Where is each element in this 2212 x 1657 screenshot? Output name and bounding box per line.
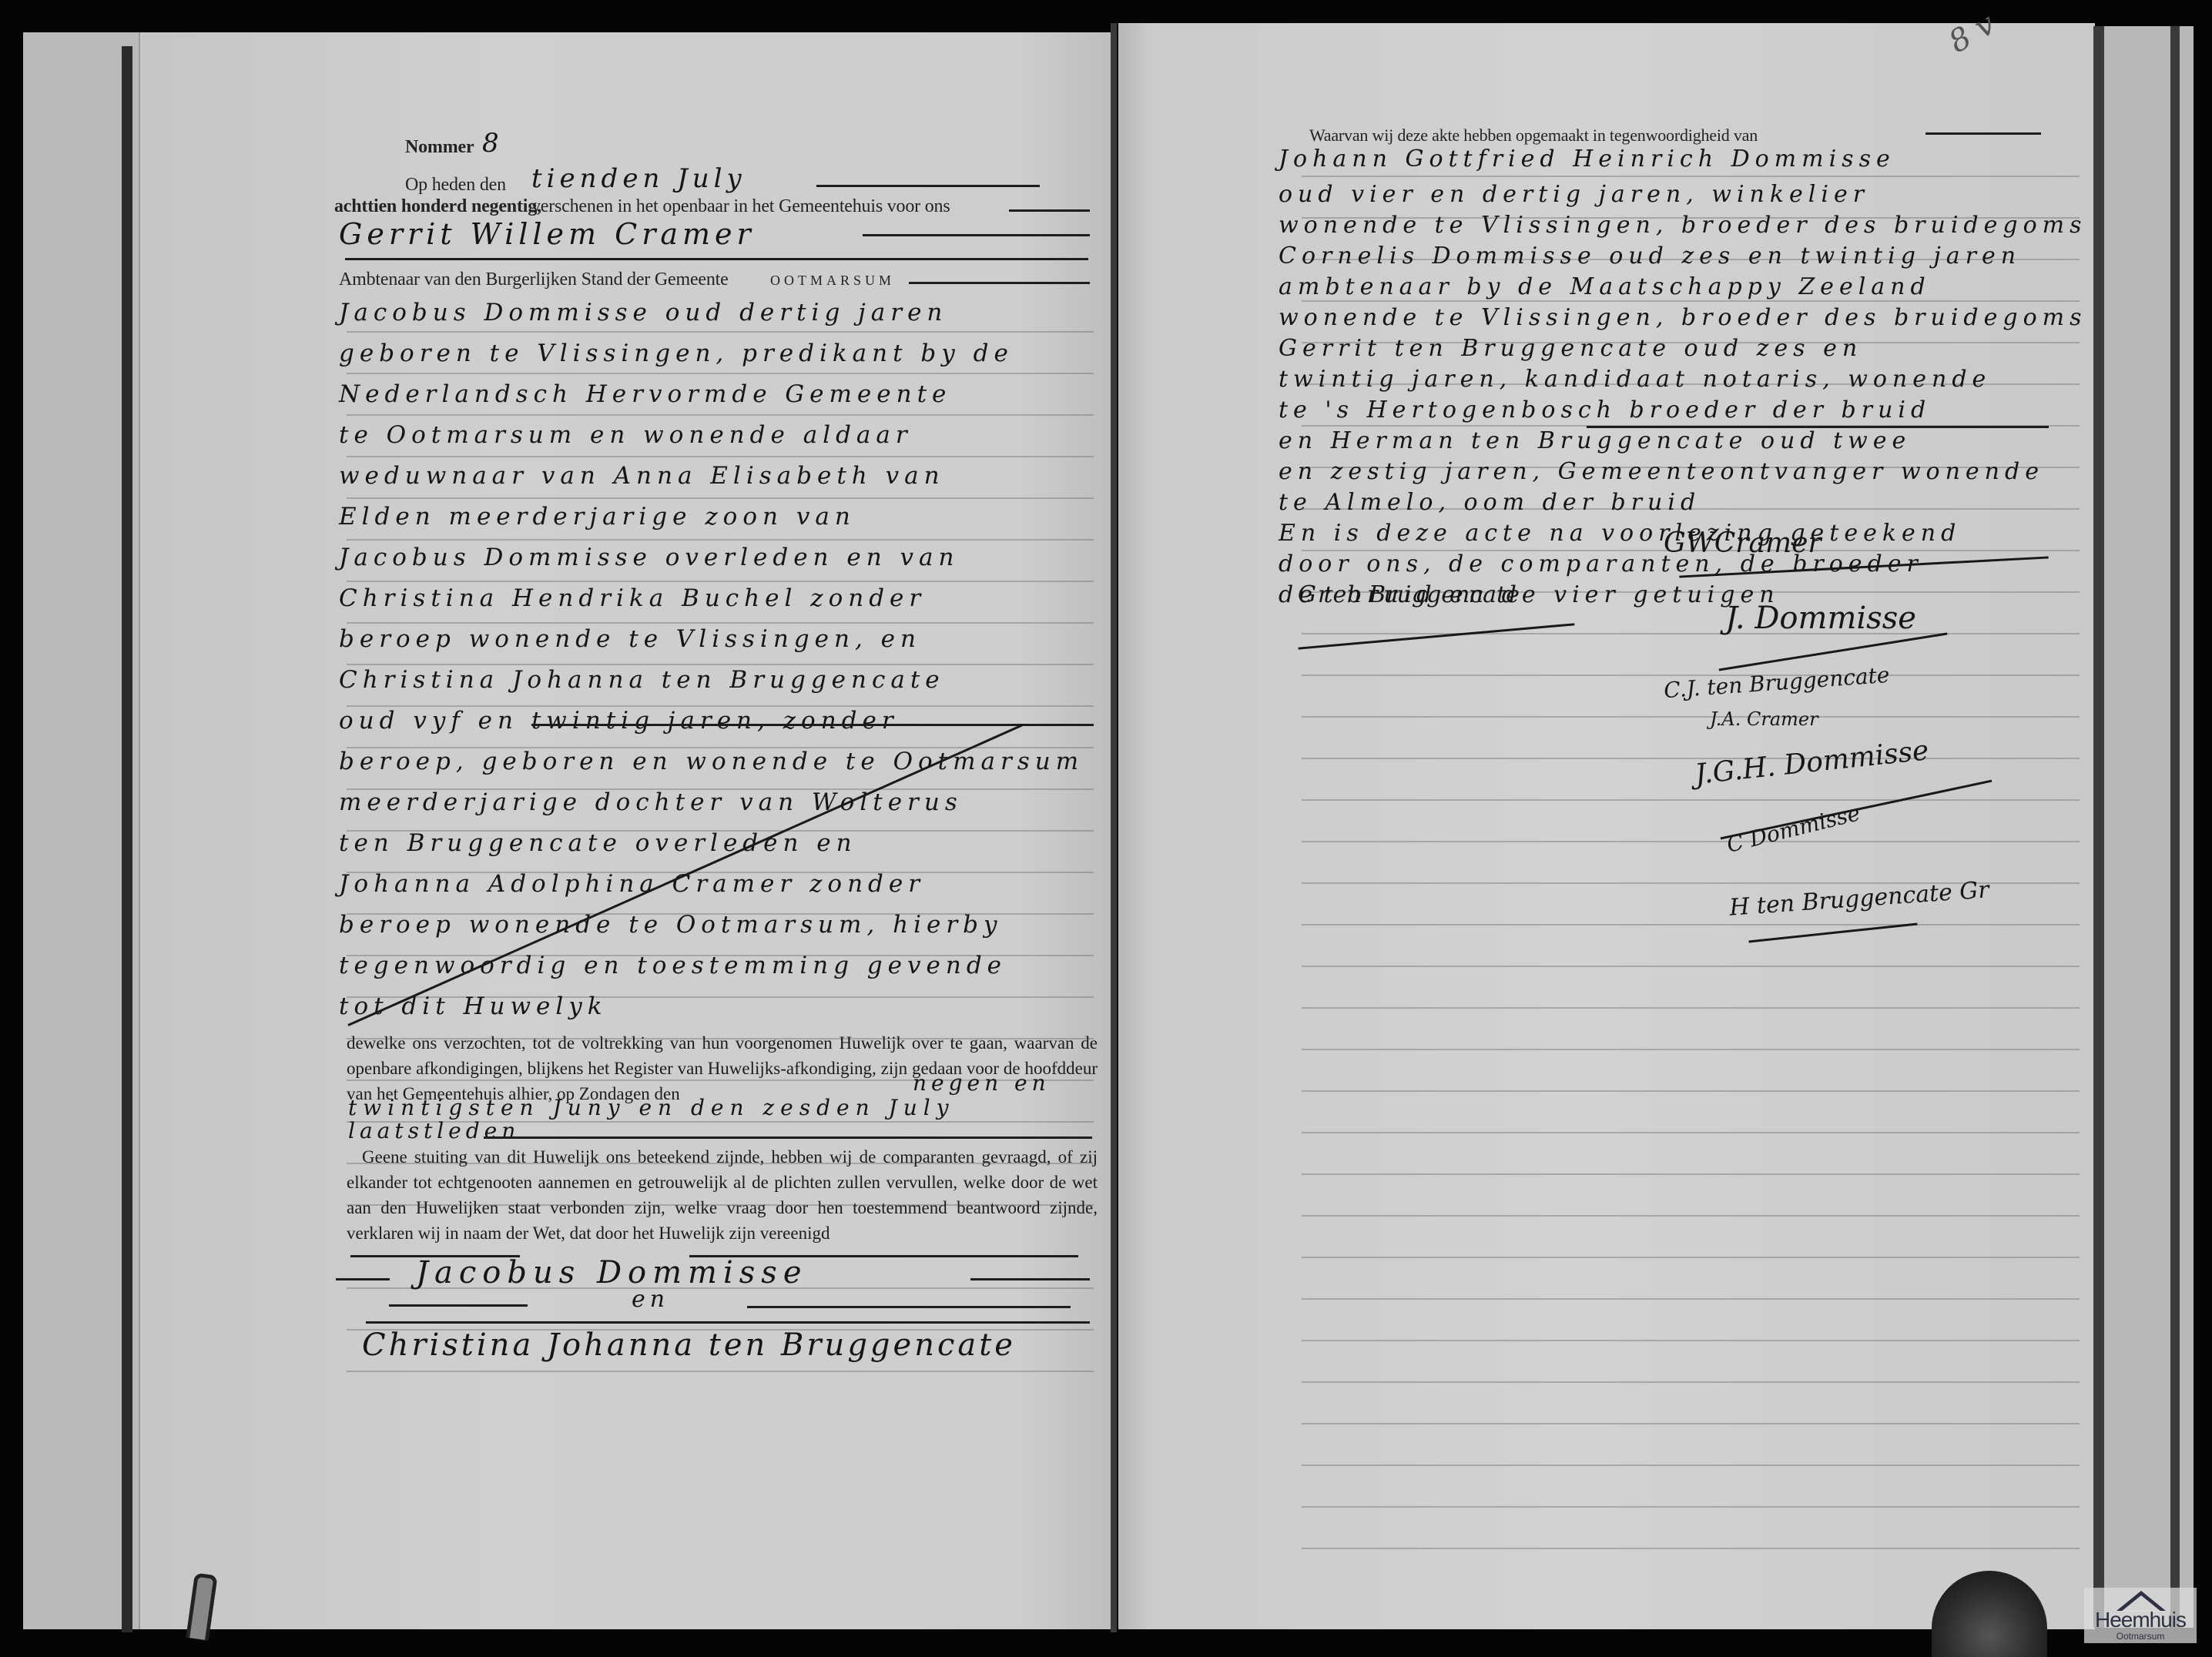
- hand-line: wonende te Vlissingen, broeder des bruid…: [1279, 210, 2087, 241]
- hand-line: Jacobus Dommisse overleden en van: [339, 537, 1084, 578]
- right-binding-strip: [2093, 26, 2194, 1628]
- afkondiging-date-3: laatstleden: [348, 1118, 520, 1143]
- hand-line: weduwnaar van Anna Elisabeth van: [339, 456, 1084, 497]
- hand-line: Jacobus Dommisse oud dertig jaren: [339, 293, 1084, 333]
- hand-line: geboren te Vlissingen, predikant by de: [339, 333, 1084, 374]
- hand-line: Johann Gottfried Heinrich Dommisse: [1279, 139, 2087, 179]
- ambtenaar-text: Ambtenaar van den Burgerlijken Stand der…: [339, 269, 729, 290]
- fill-line: [345, 258, 1088, 260]
- hand-line: wonende te Vlissingen, broeder des bruid…: [1279, 303, 2087, 333]
- official-name: Gerrit Willem Cramer: [339, 217, 756, 251]
- hand-line: Gerrit ten Bruggencate oud zes en: [1279, 333, 2087, 364]
- signature-g-ten-bruggencate: G ten Bruggencate: [1298, 581, 1520, 608]
- afkondiging-date-1: negen en: [913, 1070, 1051, 1096]
- fill-line: [336, 1278, 390, 1280]
- book-spine: [1111, 23, 1117, 1632]
- fill-line: [909, 282, 1090, 284]
- hand-line: te 's Hertogenbosch broeder der bruid: [1279, 395, 2087, 426]
- hand-line: beroep wonende te Vlissingen, en: [339, 619, 1084, 660]
- hand-line: beroep wonende te Ootmarsum, hierby: [339, 905, 1084, 946]
- fill-line: [863, 234, 1090, 236]
- watermark-name: Heemhuis: [2084, 1608, 2197, 1632]
- hand-line: twintig jaren, kandidaat notaris, wonend…: [1279, 364, 2087, 395]
- hand-line: oud vyf en twintig jaren, zonder: [339, 701, 1084, 741]
- fill-line: [484, 1136, 1092, 1139]
- verschenen-text: verschenen in het openbaar in het Gemeen…: [531, 196, 950, 217]
- fill-line: [970, 1278, 1090, 1280]
- paragraph-huwelijk: Geene stuiting van dit Huwelijk ons bete…: [347, 1144, 1098, 1246]
- fill-line: [531, 724, 1094, 726]
- date-handwritten: tienden July: [531, 163, 746, 194]
- hand-line: te Almelo, oom der bruid: [1279, 487, 2087, 518]
- watermark-place: Ootmarsum: [2084, 1631, 2197, 1642]
- signature-cramer: GWCramer: [1664, 527, 1822, 559]
- en-connector: en: [632, 1286, 669, 1313]
- left-binding-cord: [122, 46, 132, 1632]
- hand-line: en zestig jaren, Gemeenteontvanger wonen…: [1279, 457, 2087, 487]
- handwritten-body-left: Jacobus Dommisse oud dertig jaren gebore…: [339, 293, 1084, 1027]
- gemeente-name: OOTMARSUM: [770, 273, 895, 289]
- nommer-label: Nommer: [405, 137, 474, 158]
- signature-j-dommisse: J. Dommisse: [1725, 601, 1916, 636]
- hand-line: tot dit Huwelyk: [339, 986, 1084, 1027]
- hand-line: te Ootmarsum en wonende aldaar: [339, 415, 1084, 456]
- hand-line: oud vier en dertig jaren, winkelier: [1279, 179, 2087, 210]
- fill-line: [366, 1321, 1090, 1324]
- op-heden-label: Op heden den: [405, 175, 506, 196]
- hand-line: Cornelis Dommisse oud zes en twintig jar…: [1279, 241, 2087, 272]
- binding-bar: [2093, 26, 2104, 1628]
- hand-line: ten Bruggencate overleden en: [339, 823, 1084, 864]
- fill-line: [747, 1306, 1071, 1308]
- hand-line: ambtenaar by de Maatschappy Zeeland: [1279, 272, 2087, 303]
- hand-line: Christina Hendrika Buchel zonder: [339, 578, 1084, 619]
- nommer-value: 8: [482, 128, 504, 159]
- hand-line: Elden meerderjarige zoon van: [339, 497, 1084, 537]
- year-print: achttien honderd negentig,: [334, 196, 541, 217]
- fill-line: [816, 185, 1040, 187]
- fill-line: [1925, 132, 2041, 135]
- hand-line: Nederlandsch Hervormde Gemeente: [339, 374, 1084, 415]
- heemhuis-watermark: Heemhuis Ootmarsum: [2084, 1588, 2197, 1643]
- fill-line: [1587, 426, 2049, 428]
- hand-line: meerderjarige dochter van Wolterus: [339, 782, 1084, 823]
- groom-name: Jacobus Dommisse: [416, 1255, 808, 1290]
- fill-line: [389, 1304, 528, 1307]
- fill-line: [1009, 209, 1090, 212]
- hand-line: Christina Johanna ten Bruggencate: [339, 660, 1084, 701]
- signature-ja-cramer: J.A. Cramer: [1710, 708, 1818, 730]
- binding-bar: [2170, 26, 2180, 1628]
- hand-line: en Herman ten Bruggencate oud twee: [1279, 426, 2087, 457]
- bride-name: Christina Johanna ten Bruggencate: [362, 1327, 1016, 1363]
- afkondiging-date-2: twintigsten Juny en den zesden July: [348, 1095, 955, 1120]
- hand-line: Johanna Adolphina Cramer zonder: [339, 864, 1084, 905]
